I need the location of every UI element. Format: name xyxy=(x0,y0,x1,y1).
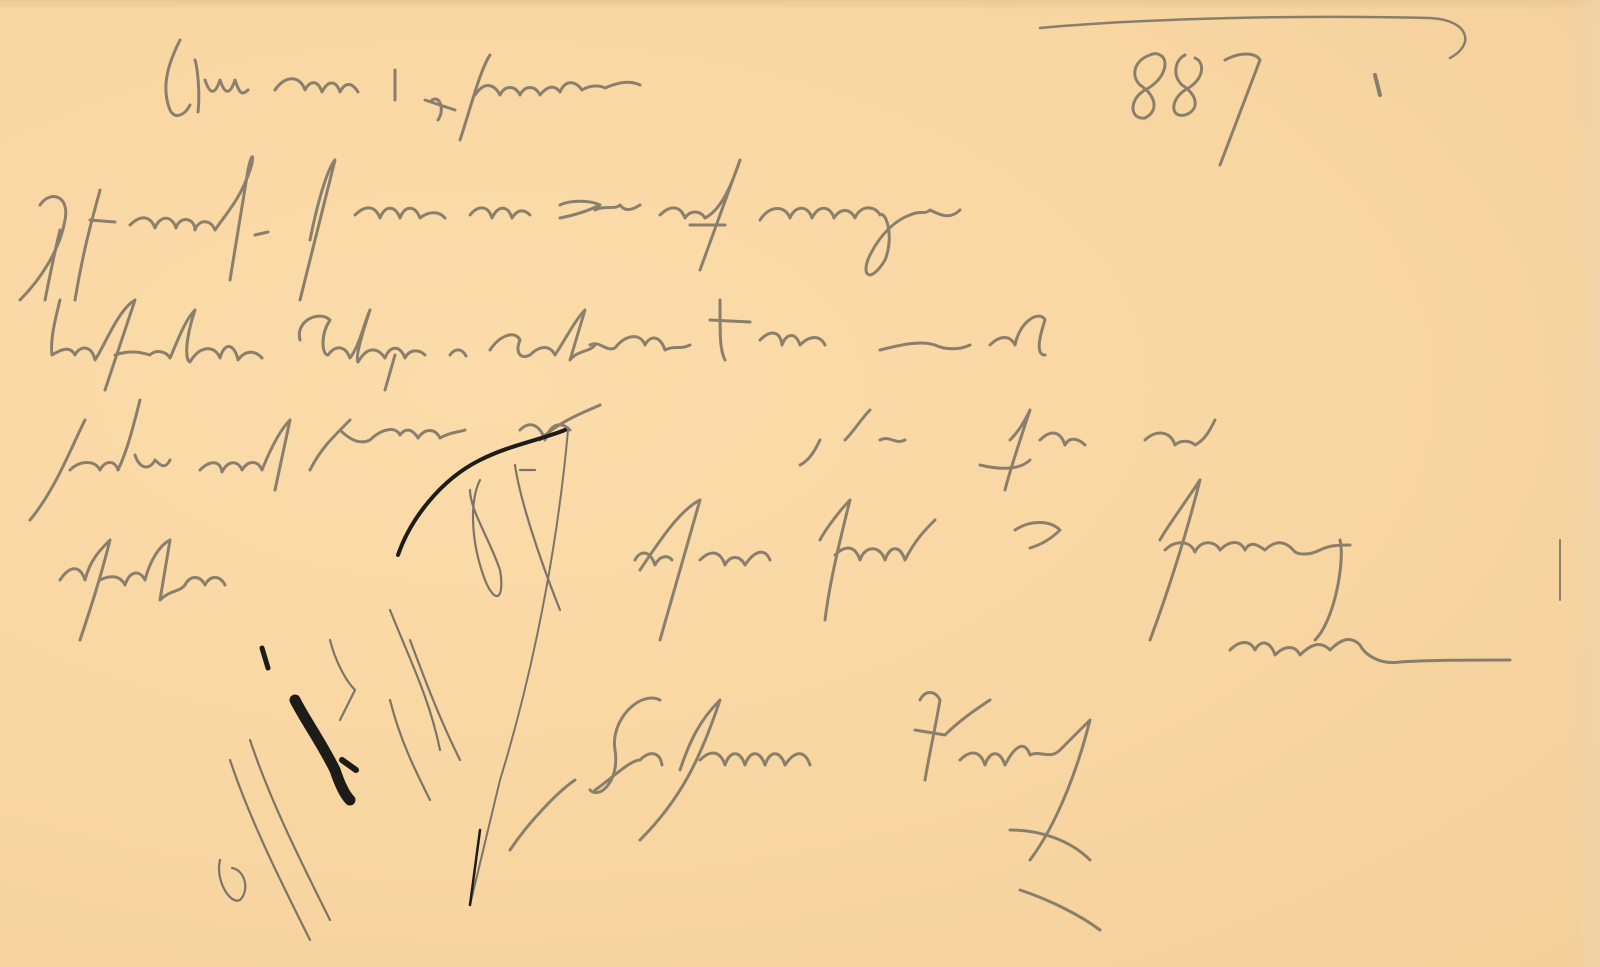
line3-strokes xyxy=(30,400,1215,520)
line5-strokes xyxy=(1230,640,1510,663)
line4-strokes xyxy=(60,480,1560,640)
signature-strokes xyxy=(510,693,1100,931)
annotation-strokes xyxy=(219,430,568,940)
line1-strokes xyxy=(20,157,960,300)
postcard: Wien am 17 Jänner 887. Ich ersuche nur D… xyxy=(0,0,1600,967)
line2-strokes xyxy=(52,300,1045,390)
handwriting-ink xyxy=(0,0,1600,967)
dateline-strokes xyxy=(166,17,1465,165)
